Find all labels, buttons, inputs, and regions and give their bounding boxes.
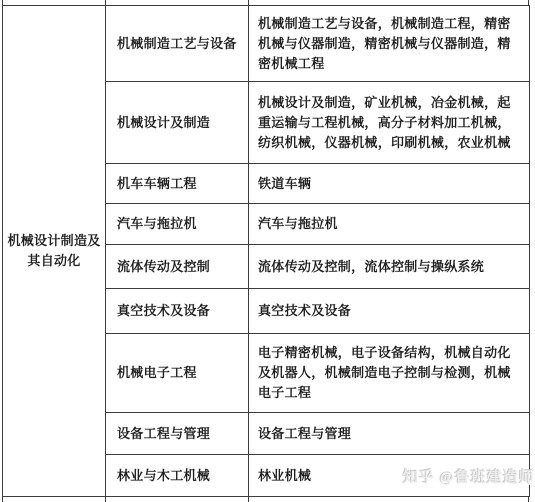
table-gridline-stub <box>528 497 529 502</box>
major-cell: 真空技术及设备 <box>106 289 249 334</box>
old-majors-cell: 机械设计及制造，矿业机械，冶金机械，起重运输与工程机械，高分子材料加工机械，纺织… <box>249 82 530 164</box>
major-cell: 设备工程与管理 <box>106 413 249 455</box>
table-gridline-stub <box>248 497 249 502</box>
major-cell: 机械设计及制造 <box>106 82 249 164</box>
old-majors-cell: 铁道车辆 <box>249 164 530 204</box>
major-cell: 汽车与拖拉机 <box>106 204 249 245</box>
old-majors-cell: 电子精密机械，电子设备结构，机械自动化及机器人，机械制造电子控制与检测，机械电子… <box>249 334 530 413</box>
major-cell: 机车车辆工程 <box>106 164 249 204</box>
zhihu-watermark: 知乎 @鲁班建造师 <box>403 466 533 487</box>
old-majors-cell: 汽车与拖拉机 <box>249 204 530 245</box>
table-gridline-stub <box>105 497 106 502</box>
majors-table-screenshot: 机械设计制造及其自动化 机械制造工艺与设备 机械制造工艺与设备，机械制造工程，精… <box>0 0 535 502</box>
table-row: 机械设计制造及其自动化 机械制造工艺与设备 机械制造工艺与设备，机械制造工程，精… <box>3 6 530 82</box>
old-majors-cell: 真空技术及设备 <box>249 289 530 334</box>
table-gridline-stub <box>2 497 3 502</box>
old-majors-cell: 流体传动及控制，流体控制与操纵系统 <box>249 245 530 289</box>
category-cell: 机械设计制造及其自动化 <box>3 6 106 497</box>
old-majors-cell: 机械制造工艺与设备，机械制造工程，精密机械与仪器制造，精密机械与仪器制造，精密机… <box>249 6 530 82</box>
major-cell: 林业与木工机械 <box>106 455 249 497</box>
major-cell: 机械制造工艺与设备 <box>106 6 249 82</box>
major-cell: 流体传动及控制 <box>106 245 249 289</box>
old-majors-cell: 设备工程与管理 <box>249 413 530 455</box>
majors-table: 机械设计制造及其自动化 机械制造工艺与设备 机械制造工艺与设备，机械制造工程，精… <box>2 5 530 497</box>
major-cell: 机械电子工程 <box>106 334 249 413</box>
